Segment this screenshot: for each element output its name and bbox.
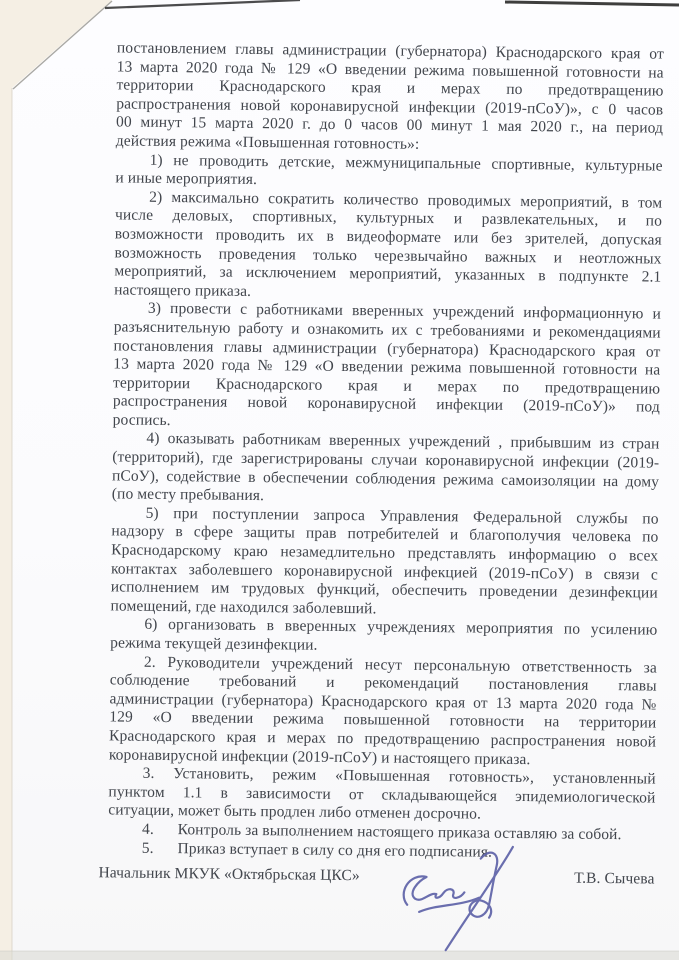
paragraph: 1) не проводить детские, межмуниципальны… xyxy=(115,151,662,194)
signature-squiggle xyxy=(404,876,465,905)
scanned-document: постановлением главы администрации (губе… xyxy=(0,0,679,960)
paragraph: 2) максимально сократить количество пров… xyxy=(114,188,662,306)
paragraph: 4) оказывать работникам вверенных учрежд… xyxy=(112,430,660,511)
signer-name: Т.В. Сычева xyxy=(574,870,655,890)
position-title: Начальник МКУК «Октябрьская ЦКС» xyxy=(98,864,359,886)
document-body: постановлением главы администрации (губе… xyxy=(108,39,664,863)
paragraph: 5) при поступлении запроса Управления Фе… xyxy=(110,504,658,622)
paragraph: 3) провести с работниками вверенных учре… xyxy=(113,300,661,436)
paragraph: 6) организовать в вверенных учреждениях … xyxy=(110,616,657,659)
paragraph: постановлением главы администрации (губе… xyxy=(116,39,664,157)
document-content: постановлением главы администрации (губе… xyxy=(107,39,664,889)
paragraph: 2. Руководители учреждений несут персона… xyxy=(109,653,657,771)
paragraph: 3. Установить, режим «Повышенная готовно… xyxy=(108,765,656,827)
handwritten-signature xyxy=(393,841,549,958)
